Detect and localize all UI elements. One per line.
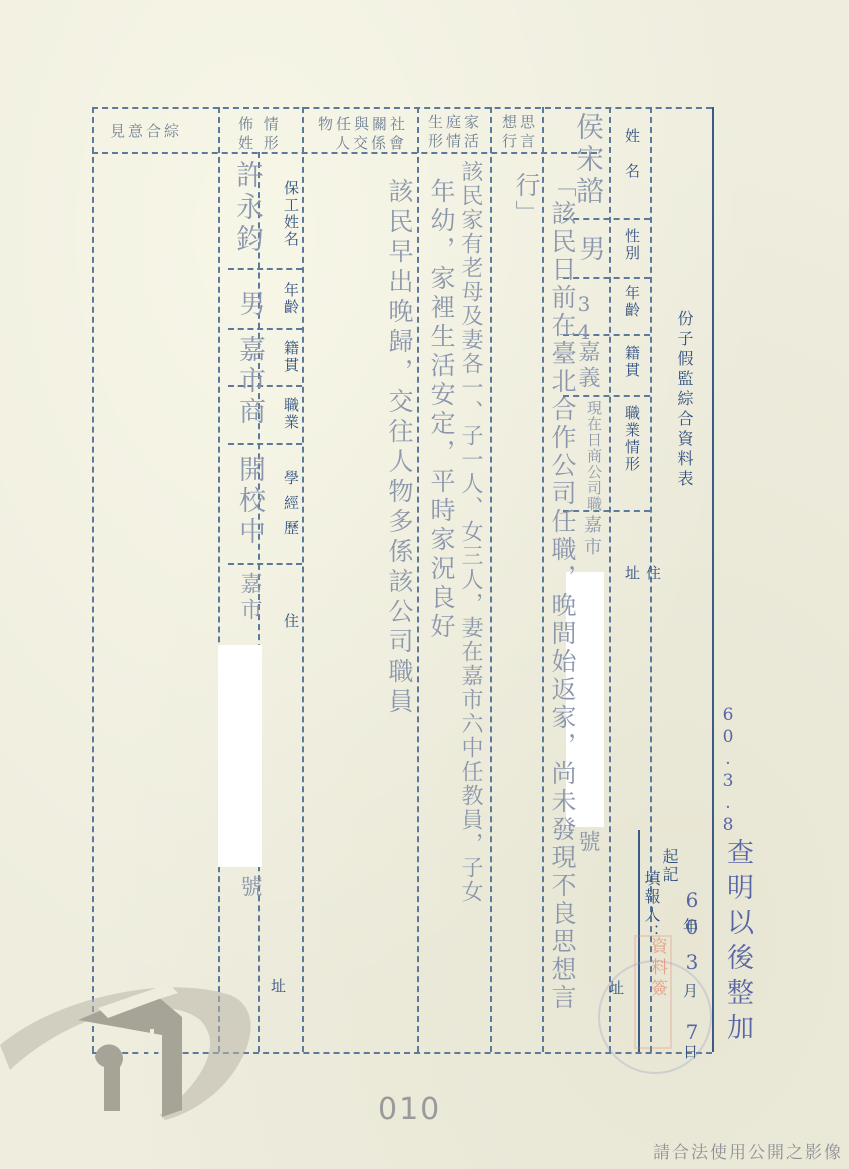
guarantor-divider-4	[228, 443, 302, 445]
guarantor-address-suffix: 號	[234, 875, 265, 901]
label-age: 年齡	[622, 285, 643, 319]
label-filer: 填報人：	[640, 870, 663, 942]
label-gender: 性別	[622, 228, 643, 262]
label-guarantor-age: 年齡	[281, 282, 302, 316]
guarantor-address: 嘉市	[234, 572, 265, 624]
col-divider-family	[490, 107, 492, 1052]
archive-book-logo-icon	[0, 975, 260, 1125]
label-comprehensive-opinion: 綜合意見	[110, 120, 182, 141]
right-border	[712, 107, 714, 1052]
margin-remark: 查明以後整加	[718, 838, 757, 1048]
label-social-relations-1: 社關與任物	[318, 113, 408, 134]
label-year: 年	[680, 918, 701, 935]
label-guarantor-occupation: 職業	[281, 397, 302, 431]
form-title: 份子假監綜合資料表	[673, 310, 696, 490]
subject-address: 嘉市	[578, 515, 604, 559]
guarantor-divider-2	[228, 328, 302, 330]
label-guarantor-name: 保工姓名	[281, 180, 302, 248]
label-guarantor-education: 學經歷	[281, 470, 302, 545]
legal-use-watermark: 請合法使用公開之影像	[653, 1138, 843, 1163]
label-social-relations-2: 會係交人	[335, 132, 407, 153]
redaction-guarantor-address	[218, 645, 262, 867]
guarantor-education: 開校中	[230, 455, 269, 548]
family-life-entry-col1: 該民家有老母及妻各一、子一人、女三人，妻在嘉市六中任教員，子女	[455, 160, 486, 1050]
guarantor-age: 男	[232, 290, 269, 320]
family-life-entry-col2: 年幼，家裡生活安定，平時家況良好	[423, 178, 459, 738]
social-relations-entry: 該民早出晚歸，交往人物多係該公司職員	[381, 178, 417, 778]
label-guarantor-address-bottom: 址	[268, 978, 289, 995]
left-border	[92, 107, 94, 1052]
label-thought-conduct: 思想言行	[502, 113, 538, 151]
margin-date-note: 60.3.8	[718, 705, 738, 837]
guarantor-name: 許永鈞	[228, 160, 268, 256]
label-occupation: 職業情形	[622, 405, 643, 473]
col-divider-subject-value	[609, 107, 611, 1052]
label-marriage-bottom: 姓 形	[238, 132, 282, 153]
label-family-life: 家庭生活情形	[422, 113, 482, 151]
label-guarantor-native-place: 籍貫	[281, 340, 302, 374]
red-seal: 資料簽	[634, 935, 672, 1049]
label-name: 姓名	[622, 128, 643, 198]
label-marriage-top: 佈 情	[238, 113, 282, 134]
col-divider-social	[417, 107, 419, 1052]
guarantor-native-place: 嘉市商	[230, 335, 269, 428]
guarantor-divider-5	[228, 563, 302, 565]
top-border	[92, 107, 712, 109]
col-divider-opinion	[218, 107, 220, 1052]
guarantor-divider-1	[228, 268, 302, 270]
thought-conduct-entry: 「該民日前在臺北合作公司任職，晚間始返家，尚未發現不良思想言行」	[508, 172, 580, 1052]
page-number: 010	[378, 1092, 441, 1127]
label-guarantor-address-top: 住	[281, 613, 302, 630]
subject-occupation: 現在日商公司職	[584, 400, 605, 512]
label-native-place: 籍貫	[622, 345, 643, 379]
col-divider-guarantor-label	[302, 107, 304, 1052]
